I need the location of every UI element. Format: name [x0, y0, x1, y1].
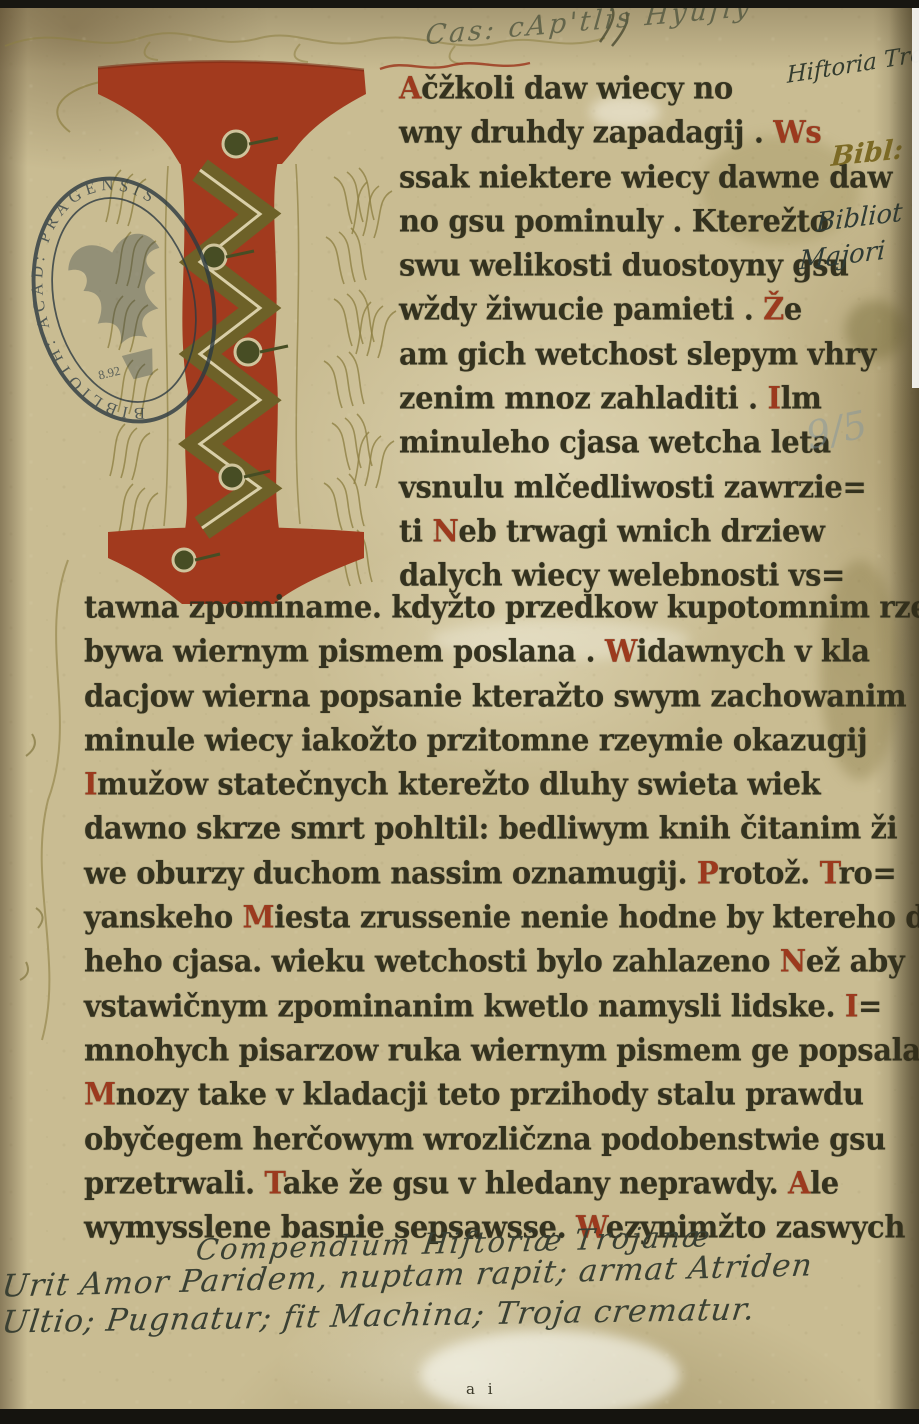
text-line: am gich wetchost slepym vhry — [399, 330, 869, 377]
text-line: tawna zpominame. kdyžto przedkow kupotom… — [84, 584, 884, 631]
text-line: minuleho cjasa wetcha leta — [399, 419, 869, 466]
rubricated-letter: N — [780, 943, 806, 979]
text-line: vstawičnym zpominanim kwetlo namysli lid… — [84, 982, 884, 1029]
text-line: ti Neb trwagi wnich drziew — [399, 508, 869, 555]
text-column-narrow: Ačžkoli daw wiecy nowny druhdy zapadagij… — [399, 66, 869, 598]
text-line: Mnozy take v kladacji teto przihody stal… — [84, 1071, 884, 1118]
scan-edge-sliver — [912, 8, 919, 388]
text-line: minule wiecy iakožto przitomne rzeymie o… — [84, 717, 884, 764]
rubricated-letter: W — [605, 633, 637, 669]
text-line: dacjow wierna popsanie kteražto swym zac… — [84, 672, 884, 719]
rubricated-letter: N — [432, 513, 458, 549]
text-line: mnohych pisarzow ruka wiernym pismem ge … — [84, 1027, 884, 1074]
signature-mark: a i — [466, 1380, 497, 1398]
library-stamp: BIBLIOTH: ACAD: PRAGENSIS 8.92 — [26, 168, 222, 432]
rubricated-letter: P — [697, 855, 718, 891]
text-line: wny druhdy zapadagij . Ws — [399, 109, 869, 156]
text-line: yanskeho Miesta zrussenie nenie hodne by… — [84, 894, 884, 941]
text-line: vsnulu mlčedliwosti zawrzie= — [399, 463, 869, 510]
scan-edge-bottom — [0, 1409, 919, 1424]
rubricated-letter: A — [788, 1165, 810, 1201]
text-line: no gsu pominuly . Kterežto — [399, 198, 869, 245]
text-line: przetrwali. Take že gsu v hledany nepraw… — [84, 1160, 884, 1207]
rubricated-letter: T — [264, 1165, 282, 1201]
rubricated-letter: M — [84, 1076, 116, 1112]
paper-flaw — [420, 1330, 680, 1420]
scan-edge-top — [0, 0, 919, 8]
rubricated-letter: Ws — [773, 114, 821, 150]
text-line: bywa wiernym pismem poslana . Widawnych … — [84, 628, 884, 675]
text-line: zenim mnoz zahladiti . Ilm — [399, 375, 869, 422]
text-column-wide: tawna zpominame. kdyžto przedkow kupotom… — [84, 585, 884, 1249]
eagle-emblem-icon — [64, 229, 189, 388]
stamp-number: 8.92 — [97, 364, 122, 383]
rubricated-letter: I — [767, 380, 780, 416]
text-line: dawno skrze smrt pohltil: bedliwym knih … — [84, 805, 884, 852]
rubricated-letter: T — [820, 855, 839, 891]
text-line: ssak niektere wiecy dawne daw — [399, 153, 869, 200]
text-line: Imužow statečnych kterežto dluhy swieta … — [84, 761, 884, 808]
manuscript-page: BIBLIOTH: ACAD: PRAGENSIS 8.92 Ačžkoli d… — [0, 0, 919, 1424]
text-line: wždy žiwucie pamieti . Že — [399, 286, 869, 333]
text-line: obyčegem herčowym wrozličzna podobenstwi… — [84, 1115, 884, 1162]
rubricated-letter: I — [84, 766, 97, 802]
rubricated-letter: I — [845, 988, 858, 1024]
rubricated-letter: A — [399, 70, 421, 106]
text-line: we oburzy duchom nassim oznamugij. Proto… — [84, 849, 884, 896]
rubricated-letter: M — [243, 899, 275, 935]
rubricated-letter: Ž — [763, 291, 784, 327]
text-line: heho cjasa. wieku wetchosti bylo zahlaze… — [84, 938, 884, 985]
